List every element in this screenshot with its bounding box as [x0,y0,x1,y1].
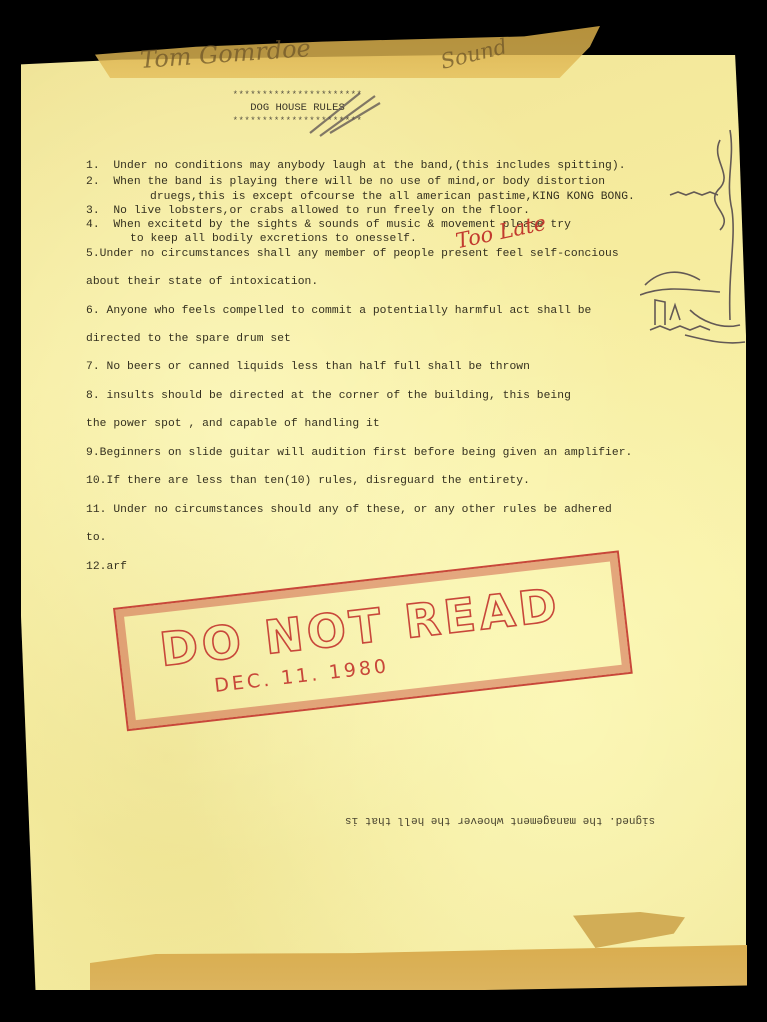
rule-3: 3. No live lobsters,or crabs allowed to … [86,205,530,217]
rule-1: 1. Under no conditions may anybody laugh… [86,160,626,172]
rule-11: 11. Under no circumstances should any of… [86,504,612,516]
rule-10: 10.If there are less than ten(10) rules,… [86,475,530,487]
rule-9: 9.Beginners on slide guitar will auditio… [86,447,632,459]
rule-8-continuation: the power spot , and capable of handling… [86,418,380,430]
signature-line-upside-down: signed. the management whoever the hell … [345,814,655,826]
rule-6-continuation: directed to the spare drum set [86,333,291,345]
rule-2-continuation: druegs,this is except ofcourse the all a… [150,191,635,203]
rule-5: 5.Under no circumstances shall any membe… [86,248,619,260]
rule-6: 6. Anyone who feels compelled to commit … [86,305,591,317]
rule-12: 12.arf [86,561,127,573]
rule-4-continuation: to keep all bodily excretions to onessel… [130,233,417,245]
rule-8: 8. insults should be directed at the cor… [86,390,571,402]
rule-2: 2. When the band is playing there will b… [86,176,605,188]
margin-sketch-icon [640,120,750,360]
pen-scribble-icon [300,88,390,138]
rule-7: 7. No beers or canned liquids less than … [86,361,530,373]
rule-11-continuation: to. [86,532,107,544]
rule-5-continuation: about their state of intoxication. [86,276,318,288]
